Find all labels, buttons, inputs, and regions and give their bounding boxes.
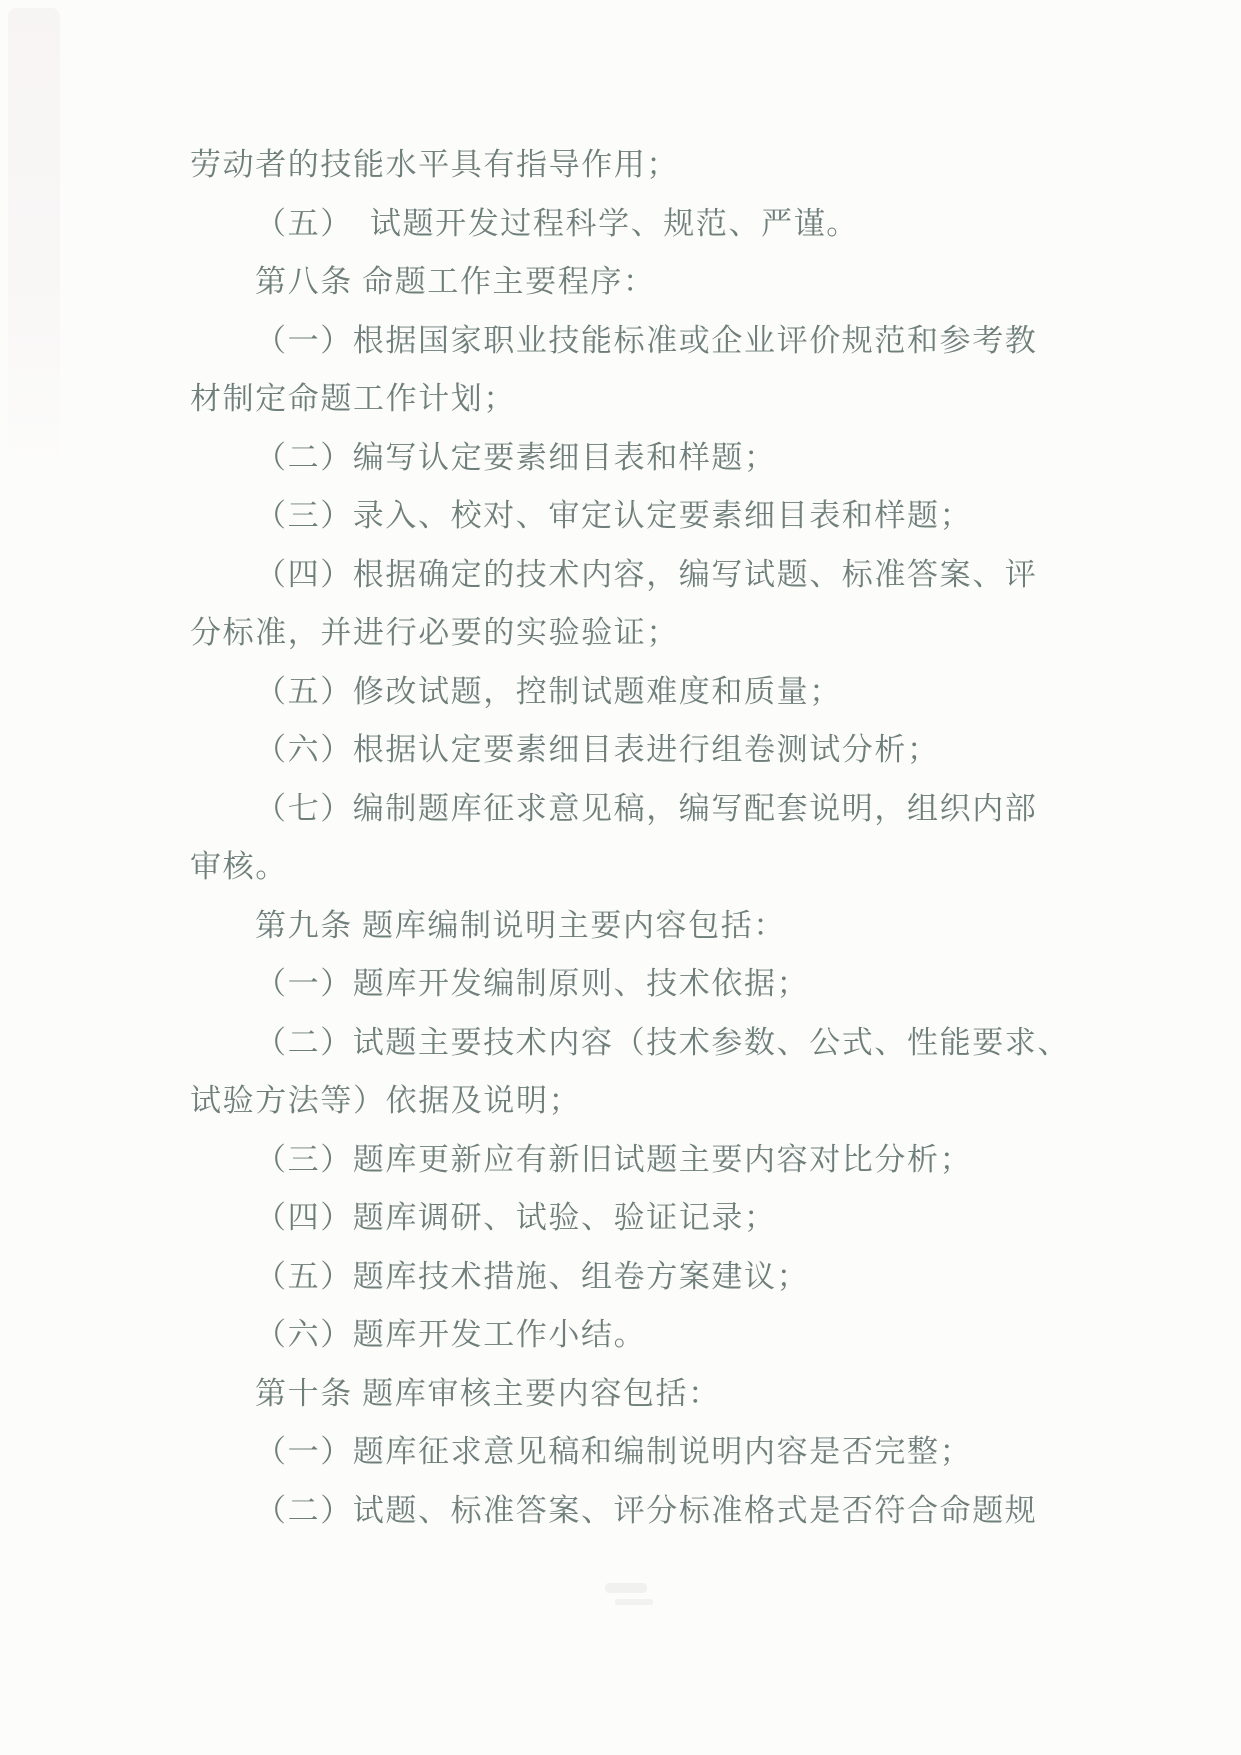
text-line: （三）题库更新应有新旧试题主要内容对比分析； bbox=[190, 1131, 1090, 1190]
text-line: 材制定命题工作计划； bbox=[190, 370, 1090, 429]
text-line: （二）编写认定要素细目表和样题； bbox=[190, 429, 1090, 488]
text-line: （二）试题、标准答案、评分标准格式是否符合命题规 bbox=[190, 1482, 1090, 1541]
document-page: 劳动者的技能水平具有指导作用；（五） 试题开发过程科学、规范、严谨。第八条 命题… bbox=[0, 0, 1241, 1755]
text-line: 劳动者的技能水平具有指导作用； bbox=[190, 136, 1090, 195]
text-line: （三）录入、校对、审定认定要素细目表和样题； bbox=[190, 487, 1090, 546]
text-line: （五）题库技术措施、组卷方案建议； bbox=[190, 1248, 1090, 1307]
text-line: （二）试题主要技术内容（技术参数、公式、性能要求、 bbox=[190, 1014, 1090, 1073]
text-line: （六）题库开发工作小结。 bbox=[190, 1306, 1090, 1365]
scan-artifact-left-strip bbox=[8, 8, 60, 478]
text-line: 第十条 题库审核主要内容包括： bbox=[190, 1365, 1090, 1424]
text-line: （四）根据确定的技术内容，编写试题、标准答案、评 bbox=[190, 546, 1090, 605]
text-line: 第八条 命题工作主要程序： bbox=[190, 253, 1090, 312]
text-line: 试验方法等）依据及说明； bbox=[190, 1072, 1090, 1131]
text-line: （一）题库征求意见稿和编制说明内容是否完整； bbox=[190, 1423, 1090, 1482]
text-line: （一）根据国家职业技能标准或企业评价规范和参考教 bbox=[190, 312, 1090, 371]
text-line: （四）题库调研、试验、验证记录； bbox=[190, 1189, 1090, 1248]
text-line: （五）修改试题，控制试题难度和质量； bbox=[190, 663, 1090, 722]
document-text-block: 劳动者的技能水平具有指导作用；（五） 试题开发过程科学、规范、严谨。第八条 命题… bbox=[190, 136, 1090, 1540]
text-line: （七）编制题库征求意见稿，编写配套说明，组织内部 bbox=[190, 780, 1090, 839]
text-line: 审核。 bbox=[190, 838, 1090, 897]
scan-artifact-smudge bbox=[605, 1583, 647, 1593]
text-line: （五） 试题开发过程科学、规范、严谨。 bbox=[190, 195, 1090, 254]
text-line: 分标准，并进行必要的实验验证； bbox=[190, 604, 1090, 663]
text-line: （一）题库开发编制原则、技术依据； bbox=[190, 955, 1090, 1014]
text-line: 第九条 题库编制说明主要内容包括： bbox=[190, 897, 1090, 956]
text-line: （六）根据认定要素细目表进行组卷测试分析； bbox=[190, 721, 1090, 780]
